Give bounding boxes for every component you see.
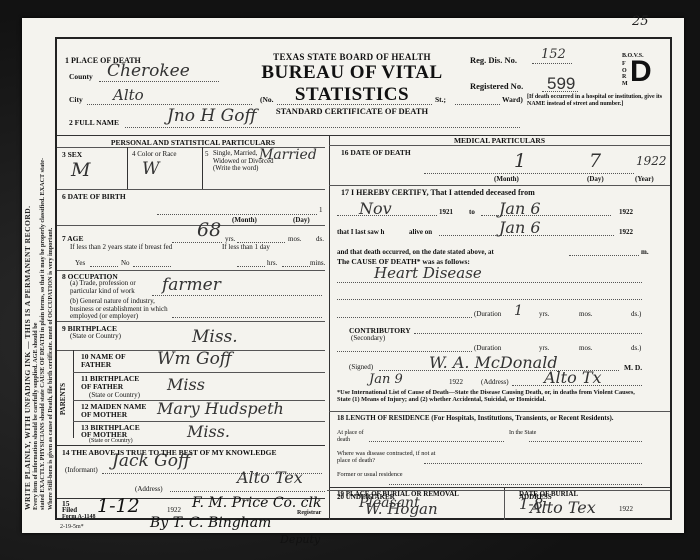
margin-line-4: Where Still-born is given as cause of De… bbox=[47, 30, 55, 510]
physician-address-label: (Address) bbox=[481, 378, 509, 386]
form-vertical-label: FORM bbox=[622, 61, 628, 87]
registered-no-label: Registered No. bbox=[470, 81, 523, 91]
at-place-line bbox=[369, 441, 504, 442]
mother-birthplace-label: 13 BIRTHPLACE OF MOTHER bbox=[81, 424, 151, 438]
divider bbox=[57, 445, 325, 446]
father-birthplace-value: Miss bbox=[167, 375, 205, 394]
print-code: 2-19-5m* bbox=[60, 524, 84, 530]
burial-year: 1922 bbox=[619, 505, 633, 513]
marital-value: Married bbox=[259, 147, 317, 163]
signed-year: 1922 bbox=[449, 378, 463, 386]
contributory-duration-mos: mos. bbox=[579, 344, 592, 352]
contracted-label: Where was disease contracted, if not at … bbox=[337, 450, 442, 464]
header: TEXAS STATE BOARD OF HEALTH BUREAU OF VI… bbox=[237, 52, 467, 116]
street-label: St.; bbox=[435, 95, 446, 104]
last-saw-value: Jan 6 bbox=[499, 218, 541, 237]
attended-to-value: Jan 6 bbox=[499, 199, 541, 218]
medical-section-title: MEDICAL PARTICULARS bbox=[329, 136, 670, 145]
death-month-caption: (Month) bbox=[494, 175, 519, 183]
hrs-label: hrs. bbox=[267, 259, 277, 267]
cause-of-death-value: Heart Disease bbox=[374, 264, 482, 282]
contributory-line bbox=[414, 333, 642, 334]
divider bbox=[57, 270, 325, 271]
ward-line bbox=[455, 104, 500, 105]
contributory-duration-yrs: yrs. bbox=[539, 344, 549, 352]
attended-from-year: 1921 bbox=[439, 208, 453, 216]
informant-value: Jack Goff bbox=[112, 451, 190, 471]
contributory-sub: (Secondary) bbox=[351, 334, 385, 342]
divider bbox=[57, 225, 325, 226]
last-saw-year: 1922 bbox=[619, 228, 633, 236]
mins-label: mins. bbox=[310, 259, 325, 267]
deputy-label: Deputy bbox=[280, 533, 320, 546]
occupation-a-label: (a) Trade, profession or particular kind… bbox=[70, 280, 160, 295]
certify-text: 17 I HEREBY CERTIFY, That I attended dec… bbox=[341, 188, 535, 197]
cause-line-1 bbox=[337, 282, 642, 283]
father-name-label: 10 NAME OF FATHER bbox=[81, 353, 141, 369]
occupation-b-line bbox=[172, 317, 322, 318]
to-label: to bbox=[469, 208, 475, 216]
city-label: City bbox=[69, 95, 83, 104]
contributory-duration-ds: ds.) bbox=[631, 344, 641, 352]
county-label: County bbox=[69, 72, 93, 81]
race-label: 4 Color or Race bbox=[132, 150, 177, 158]
margin-line-3: stated EXACTLY. PHYSICIANS should state … bbox=[39, 30, 47, 510]
street-line bbox=[277, 104, 432, 105]
divider bbox=[57, 189, 325, 190]
age-mos-label: mos. bbox=[288, 235, 301, 243]
alive-on-label: alive on bbox=[409, 228, 432, 236]
age-less-day-note: If less than 1 day bbox=[222, 243, 270, 251]
divider bbox=[329, 145, 670, 146]
duration-label: (Duration bbox=[474, 310, 501, 318]
occupation-a-line bbox=[152, 295, 322, 296]
medical-section: MEDICAL PARTICULARS 16 DATE OF DEATH 1 7… bbox=[329, 133, 670, 518]
city-line bbox=[87, 104, 252, 105]
father-name-value: Wm Goff bbox=[157, 349, 232, 369]
dob-line bbox=[157, 214, 317, 215]
registered-no-value: 599 bbox=[547, 74, 575, 94]
margin-instructions: WRITE PLAINLY, WITH UNFADING INK — THIS … bbox=[24, 30, 54, 510]
corner-mark: 25 bbox=[632, 14, 649, 29]
filed-year: 1922 bbox=[167, 506, 181, 514]
former-residence-line bbox=[389, 484, 642, 485]
date-of-death-line bbox=[424, 173, 634, 174]
divider bbox=[327, 490, 670, 491]
divider bbox=[329, 411, 670, 412]
cause-footnote: *Use International List of Cause of Deat… bbox=[337, 389, 647, 403]
duration-value: 1 bbox=[514, 303, 523, 319]
divider bbox=[202, 147, 203, 189]
divider bbox=[329, 185, 670, 186]
mother-name-value: Mary Hudspeth bbox=[157, 399, 284, 418]
dob-year-prefix: 1 bbox=[319, 206, 323, 214]
age-yrs-line bbox=[172, 242, 222, 243]
margin-line-1: WRITE PLAINLY, WITH UNFADING INK — THIS … bbox=[24, 30, 32, 510]
attended-from-value: Nov bbox=[359, 199, 392, 218]
form-letter: D bbox=[630, 57, 652, 87]
m-label: m. bbox=[641, 248, 649, 256]
birthplace-value: Miss. bbox=[192, 327, 238, 347]
certificate-title: STANDARD CERTIFICATE OF DEATH bbox=[237, 106, 467, 116]
street-no-label: (No. bbox=[260, 95, 274, 104]
undertaker-address-value: Alto Tex bbox=[530, 498, 596, 517]
reg-dis-value: 152 bbox=[541, 47, 566, 62]
age-breast-fed-note: If less than 2 years state if breast fed bbox=[70, 243, 172, 251]
sex-label: 3 SEX bbox=[62, 150, 82, 159]
cause-line-2 bbox=[337, 299, 642, 300]
informant-address-value: Alto Tex bbox=[237, 468, 303, 487]
duration-ds: ds.) bbox=[631, 310, 641, 318]
personal-section-title: PERSONAL AND STATISTICAL PARTICULARS bbox=[57, 138, 329, 147]
death-year-value: 1922 bbox=[636, 154, 667, 168]
age-ds-label: ds. bbox=[316, 235, 324, 243]
full-name-label: 2 FULL NAME bbox=[69, 118, 119, 127]
mother-birthplace-value: Miss. bbox=[187, 422, 230, 441]
dob-day-caption: (Day) bbox=[293, 216, 310, 224]
no-line bbox=[133, 266, 171, 267]
registrar-label: Registrar bbox=[297, 510, 321, 516]
form-number: Form A-1148 bbox=[62, 514, 96, 520]
mins-line bbox=[282, 266, 310, 267]
hospital-note: [If death occurred in a hospital or inst… bbox=[527, 94, 665, 108]
sex-value: M bbox=[71, 159, 90, 181]
reg-dis-line bbox=[532, 63, 572, 64]
md-label: M. D. bbox=[624, 363, 642, 372]
contributory-duration-label: (Duration bbox=[474, 344, 501, 352]
no-label: No bbox=[121, 259, 130, 267]
ward-label: Ward) bbox=[502, 95, 523, 104]
in-state-label: In the State bbox=[509, 430, 541, 437]
margin-line-2: Every item of information should be care… bbox=[32, 30, 40, 510]
full-name-line bbox=[125, 127, 520, 128]
dob-month-caption: (Month) bbox=[232, 216, 257, 224]
age-label: 7 AGE bbox=[62, 234, 83, 243]
reg-dis-label: Reg. Dis. No. bbox=[470, 55, 517, 65]
mother-birthplace-sub: (State or Country) bbox=[89, 438, 133, 444]
parents-label: PARENTS bbox=[59, 383, 67, 415]
birthplace-sub: (State or Country) bbox=[70, 332, 121, 340]
county-value: Cherokee bbox=[107, 61, 190, 81]
hrs-line bbox=[237, 266, 265, 267]
informant-address-line bbox=[170, 491, 325, 492]
informant-address-label: (Address) bbox=[135, 485, 163, 493]
yes-label: Yes bbox=[75, 259, 85, 267]
divider bbox=[504, 490, 505, 520]
informant-label: (Informant) bbox=[65, 466, 98, 474]
divider bbox=[127, 147, 128, 189]
filed-label: Filed bbox=[62, 506, 77, 514]
death-day-value: 7 bbox=[589, 150, 601, 172]
date-of-death-label: 16 DATE OF DEATH bbox=[341, 148, 411, 157]
filed-value: 1-12 bbox=[97, 495, 140, 517]
divider bbox=[73, 350, 74, 438]
contracted-line bbox=[424, 463, 642, 464]
deputy-signature: By T. C. Bingham bbox=[150, 515, 271, 531]
former-residence-label: Former or usual residence bbox=[337, 471, 407, 478]
marital-num: 5 bbox=[205, 150, 209, 158]
divider bbox=[57, 321, 325, 322]
undertaker-value: W. Hogan bbox=[365, 500, 438, 518]
registrar-signature: F. M. Price Co. clk bbox=[192, 495, 321, 511]
age-yrs-label: yrs. bbox=[225, 235, 235, 243]
divider bbox=[329, 487, 670, 488]
death-time-line bbox=[569, 255, 639, 256]
race-value: W bbox=[142, 159, 159, 179]
signed-date: Jan 9 bbox=[369, 372, 403, 387]
full-name-value: Jno H Goff bbox=[167, 106, 257, 126]
death-year-caption: (Year) bbox=[635, 175, 654, 183]
city-value: Alto bbox=[113, 86, 144, 104]
board-title: TEXAS STATE BOARD OF HEALTH bbox=[237, 52, 467, 62]
physician-address-value: Alto Tx bbox=[544, 368, 602, 387]
duration-line bbox=[337, 317, 472, 318]
death-occurred-text: and that death occurred, on the date sta… bbox=[337, 248, 494, 256]
county-line bbox=[99, 81, 219, 82]
contributory-duration-line bbox=[337, 351, 472, 352]
signed-label: (Signed) bbox=[349, 363, 373, 371]
age-value: 68 bbox=[197, 219, 221, 241]
occupation-b-label: (b) General nature of industry, business… bbox=[70, 298, 180, 321]
duration-yrs: yrs. bbox=[539, 310, 549, 318]
death-month-value: 1 bbox=[514, 150, 526, 172]
dob-label: 6 DATE OF BIRTH bbox=[62, 192, 126, 201]
attended-to-year: 1922 bbox=[619, 208, 633, 216]
divider bbox=[73, 372, 325, 373]
residence-label: 18 LENGTH OF RESIDENCE (For Hospitals, I… bbox=[337, 414, 647, 422]
mother-name-label: 12 MAIDEN NAME OF MOTHER bbox=[81, 403, 151, 419]
duration-mos: mos. bbox=[579, 310, 592, 318]
last-saw-text: that I last saw h bbox=[337, 228, 384, 236]
in-state-line bbox=[529, 441, 642, 442]
father-birthplace-label: 11 BIRTHPLACE OF FATHER bbox=[81, 375, 151, 391]
physician-signature: W. A. McDonald bbox=[429, 353, 558, 372]
occupation-value: farmer bbox=[162, 275, 221, 295]
death-day-caption: (Day) bbox=[587, 175, 604, 183]
yes-line bbox=[90, 266, 118, 267]
father-birthplace-sub: (State or Country) bbox=[89, 391, 140, 399]
